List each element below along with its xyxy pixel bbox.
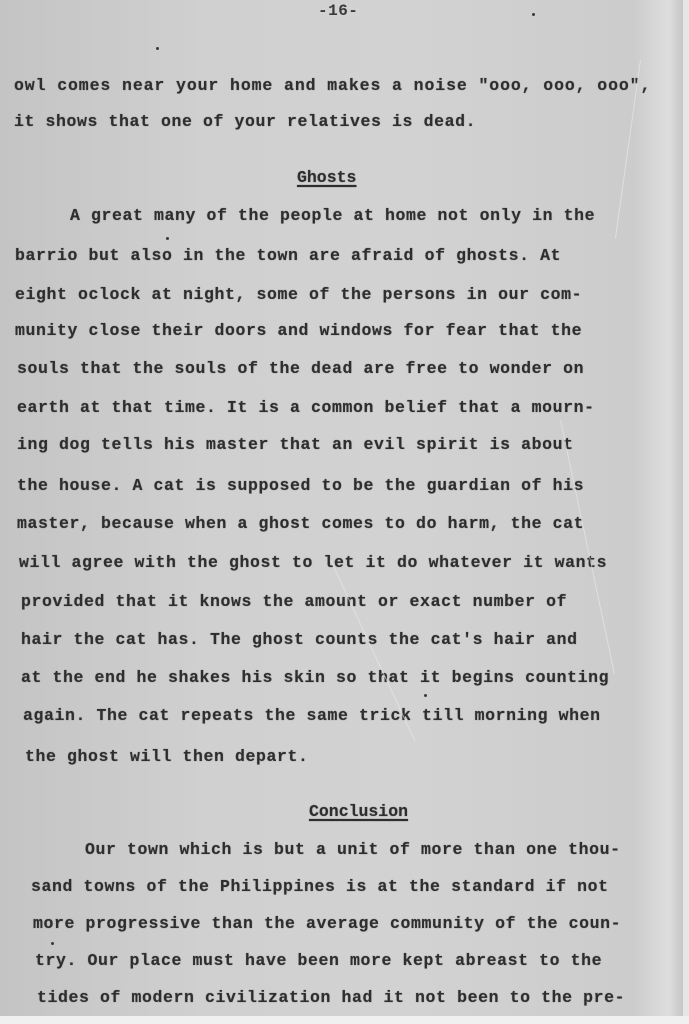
text-line: the house. A cat is supposed to be the g… <box>17 476 584 495</box>
text-line: barrio but also in the town are afraid o… <box>15 246 561 265</box>
scanned-document-page: -16- owl comes near your home and makes … <box>0 0 689 1024</box>
text-line: more progressive than the average commun… <box>33 914 621 933</box>
text-line: munity close their doors and windows for… <box>15 321 582 340</box>
text-line: the ghost will then depart. <box>25 747 309 766</box>
text-line: try. Our place must have been more kept … <box>35 951 602 970</box>
scan-speck <box>424 694 427 697</box>
text-line: sand towns of the Philippines is at the … <box>31 877 609 896</box>
scan-speck <box>156 47 159 50</box>
text-line: A great many of the people at home not o… <box>70 206 595 225</box>
text-line: hair the cat has. The ghost counts the c… <box>21 630 578 649</box>
text-line: earth at that time. It is a common belie… <box>17 398 595 417</box>
text-line: tides of modern civilization had it not … <box>37 988 625 1007</box>
scan-speck <box>51 942 54 945</box>
text-line: provided that it knows the amount or exa… <box>21 592 567 611</box>
text-line: owl comes near your home and makes a noi… <box>14 76 651 95</box>
text-line: at the end he shakes his skin so that it… <box>21 668 609 687</box>
section-heading-conclusion: Conclusion <box>309 802 408 821</box>
scan-speck <box>166 237 169 240</box>
text-line: again. The cat repeats the same trick ti… <box>23 706 601 725</box>
text-line: souls that the souls of the dead are fre… <box>17 359 584 378</box>
page-edge <box>683 0 689 1024</box>
scan-speck <box>532 13 535 16</box>
page-number: -16- <box>318 2 358 20</box>
text-line: will agree with the ghost to let it do w… <box>19 553 607 572</box>
text-line: Our town which is but a unit of more tha… <box>85 840 621 859</box>
text-line: it shows that one of your relatives is d… <box>14 112 476 131</box>
text-line: eight oclock at night, some of the perso… <box>15 285 582 304</box>
text-line: master, because when a ghost comes to do… <box>17 514 584 533</box>
section-heading-ghosts: Ghosts <box>297 168 356 187</box>
text-line: ing dog tells his master that an evil sp… <box>17 435 574 454</box>
